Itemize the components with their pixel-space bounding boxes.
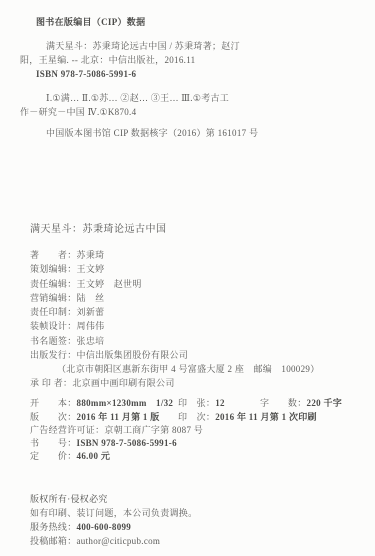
spec-format: 开 本：880mm×1230mm 1/32: [30, 398, 173, 409]
spec-ad-license-label: 广告经营许可证：: [30, 425, 104, 435]
spec-impression-value: 2016 年 11 月第 1 次印刷: [215, 412, 317, 422]
copyright-page: 图书在版编目（CIP）数据 满天星斗：苏秉琦论远古中国 / 苏秉琦著；赵汀 阳，…: [0, 0, 375, 556]
credit-author-value: 苏秉琦: [77, 250, 105, 260]
publisher-label: 出版发行：: [30, 350, 77, 360]
spec-impression-label: 印 次：: [178, 412, 215, 422]
credit-marketing-editor-label: 营销编辑：: [30, 293, 77, 304]
spec-edition-value: 2016 年 11 月第 1 版: [77, 412, 160, 422]
credit-print-supervisor-label: 责任印制：: [30, 307, 77, 318]
service-hotline-number: 400-600-8099: [77, 522, 132, 532]
printer-label: 承 印 者：: [30, 378, 72, 388]
exchange-notice: 如有印刷、装订问题，本公司负责调换。: [30, 508, 197, 519]
credit-responsible-editor: 责任编辑：王文婷 赵世明: [30, 279, 142, 290]
cip-record-line-2: 阳，王星编. -- 北京：中信出版社，2016.11: [20, 55, 195, 66]
spec-format-label: 开 本：: [30, 398, 77, 408]
credit-responsible-editor-label: 责任编辑：: [30, 279, 77, 290]
submission-email: 投稿邮箱：author@citicpub.com: [30, 536, 160, 547]
cip-heading: 图书在版编目（CIP）数据: [36, 17, 145, 28]
spec-isbn-value: ISBN 978-7-5086-5991-6: [77, 438, 177, 448]
credit-planning-editor: 策划编辑：王文婷: [30, 264, 104, 275]
spec-impression: 印 次：2016 年 11 月第 1 次印刷: [178, 412, 317, 423]
spec-price-value: 46.00 元: [77, 451, 111, 461]
spec-ad-license-value: 京朝工商广字第 8087 号: [104, 425, 203, 435]
printer-name: 北京画中画印刷有限公司: [72, 378, 174, 388]
credit-designer-value: 周伟伟: [77, 321, 105, 331]
credit-author-label: 著 者：: [30, 250, 77, 261]
cip-isbn: ISBN 978-7-5086-5991-6: [36, 69, 136, 80]
credit-calligrapher-value: 张忠培: [77, 336, 105, 346]
spec-sheets-label: 印 张：: [178, 398, 215, 408]
credit-author: 著 者：苏秉琦: [30, 250, 104, 261]
book-title: 满天星斗：苏秉琦论远古中国: [30, 224, 167, 235]
cip-classification-line-1: Ⅰ.①满… Ⅱ.①苏… ②赵… ③王… Ⅲ.①考古工: [46, 93, 229, 104]
credit-designer: 装帧设计：周伟伟: [30, 321, 104, 332]
credit-planning-editor-value: 王文婷: [77, 264, 105, 274]
cip-registry-number: 中国版本图书馆 CIP 数据核字（2016）第 161017 号: [46, 128, 258, 139]
spec-price-label: 定 价：: [30, 451, 77, 461]
spec-price: 定 价：46.00 元: [30, 451, 110, 462]
publisher-row: 出版发行：中信出版集团股份有限公司: [30, 350, 188, 361]
spec-format-value: 880mm×1230mm 1/32: [77, 398, 174, 408]
copyright-notice: 版权所有·侵权必究: [30, 494, 108, 505]
credit-calligrapher-label: 书名题签：: [30, 336, 77, 347]
credit-planning-editor-label: 策划编辑：: [30, 264, 77, 275]
spec-sheets: 印 张：12: [178, 398, 225, 409]
credit-calligrapher: 书名题签：张忠培: [30, 336, 104, 347]
credit-print-supervisor-value: 刘新蕾: [77, 307, 105, 317]
spec-edition: 版 次：2016 年 11 月第 1 版: [30, 412, 160, 423]
service-hotline-label: 服务热线：: [30, 522, 77, 532]
printer-row: 承 印 者：北京画中画印刷有限公司: [30, 378, 175, 389]
service-hotline: 服务热线：400-600-8099: [30, 522, 131, 533]
spec-edition-label: 版 次：: [30, 412, 77, 422]
spec-isbn: 书 号：ISBN 978-7-5086-5991-6: [30, 438, 177, 449]
cip-record-line-1: 满天星斗：苏秉琦论远古中国 / 苏秉琦著；赵汀: [46, 41, 240, 52]
spec-ad-license: 广告经营许可证：京朝工商广字第 8087 号: [30, 425, 203, 436]
cip-classification-line-2: 作－研究－中国 Ⅳ.①K870.4: [20, 107, 136, 118]
publisher-address: （北京市朝阳区惠新东街甲 4 号富盛大厦 2 座 邮编 100029）: [57, 364, 320, 375]
spec-words: 字 数：220 千字: [260, 398, 342, 409]
credit-print-supervisor: 责任印制：刘新蕾: [30, 307, 104, 318]
credit-responsible-editor-value: 王文婷 赵世明: [77, 279, 142, 289]
submission-email-label: 投稿邮箱：: [30, 536, 77, 546]
credit-marketing-editor-value: 陆 丝: [77, 293, 105, 303]
spec-isbn-label: 书 号：: [30, 438, 77, 448]
spec-words-value: 220 千字: [307, 398, 343, 408]
submission-email-address: author@citicpub.com: [77, 536, 161, 546]
publisher-name: 中信出版集团股份有限公司: [77, 350, 189, 360]
spec-words-label: 字 数：: [260, 398, 307, 408]
spec-sheets-value: 12: [215, 398, 225, 408]
credit-marketing-editor: 营销编辑：陆 丝: [30, 293, 104, 304]
credit-designer-label: 装帧设计：: [30, 321, 77, 332]
